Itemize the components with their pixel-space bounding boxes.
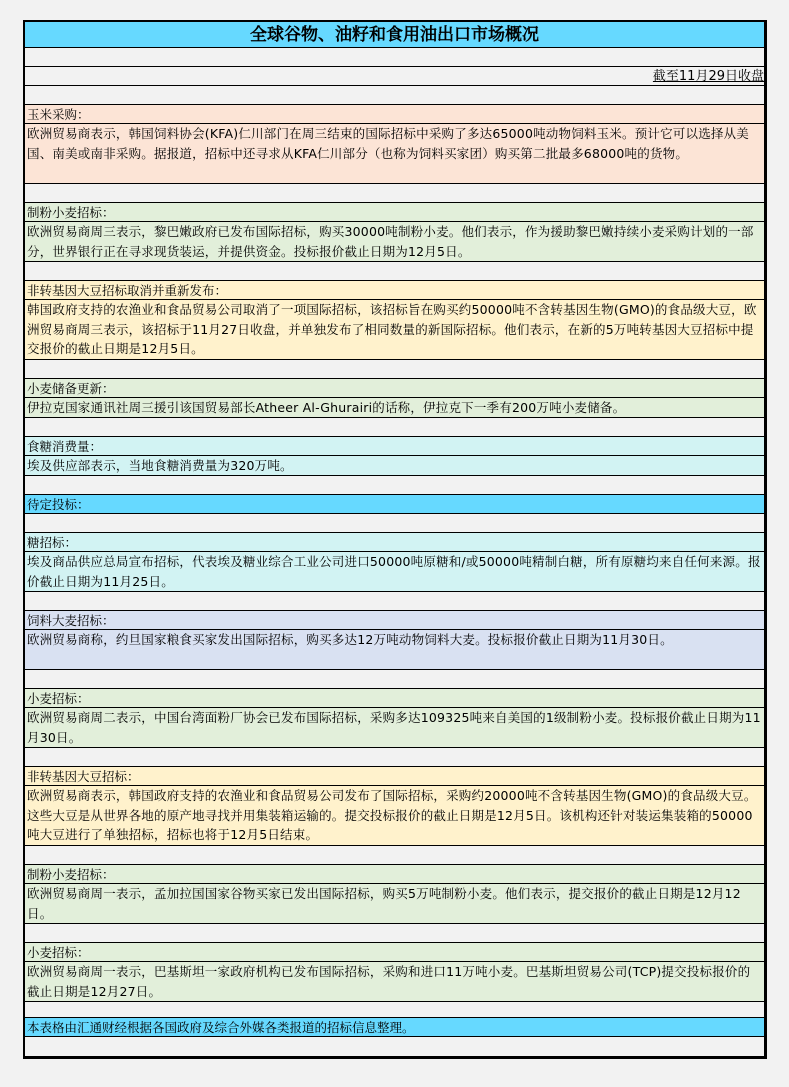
- section-body-feed-barley: 欧洲贸易商称，约旦国家粮食买家发出国际招标，购买多达12万吨动物饲料大麦。投标报…: [25, 630, 764, 670]
- section-body-nongmo-soy-tender: 欧洲贸易商表示，韩国政府支持的农渔业和食品贸易公司发布了国际招标，采购约2000…: [25, 786, 764, 846]
- blank-row: [25, 924, 764, 943]
- section-header-milling-wheat: 制粉小麦招标：: [25, 203, 764, 222]
- spreadsheet-table: 全球谷物、油籽和食用油出口市场概况 截至11月29日收盘 玉米采购： 欧洲贸易商…: [23, 20, 767, 1059]
- section-header-wheat-tender-taiwan: 小麦招标：: [25, 689, 764, 708]
- blank-row: [25, 262, 764, 281]
- section-body-milling-wheat: 欧洲贸易商周三表示，黎巴嫩政府已发布国际招标，购买30000吨制粉小麦。他们表示…: [25, 222, 764, 262]
- blank-row: [25, 748, 764, 767]
- pending-tenders-header: 待定投标：: [25, 495, 764, 514]
- blank-row: [25, 476, 764, 495]
- blank-row: [25, 360, 764, 379]
- date-note: 截至11月29日收盘: [25, 67, 764, 86]
- blank-row: [25, 418, 764, 437]
- blank-row: [25, 86, 764, 105]
- blank-row: [25, 1002, 764, 1018]
- blank-row: [25, 592, 764, 611]
- section-header-corn: 玉米采购：: [25, 105, 764, 124]
- section-header-wheat-tender-pakistan: 小麦招标：: [25, 943, 764, 962]
- blank-row: [25, 846, 764, 865]
- blank-row: [25, 670, 764, 689]
- section-body-wheat-tender-taiwan: 欧洲贸易商周二表示，中国台湾面粉厂协会已发布国际招标，采购多达109325吨来自…: [25, 708, 764, 748]
- section-header-wheat-reserve: 小麦储备更新：: [25, 379, 764, 398]
- section-header-sugar-tender: 糖招标：: [25, 533, 764, 552]
- section-body-sugar-tender: 埃及商品供应总局宣布招标，代表埃及糖业综合工业公司进口50000吨原糖和/或50…: [25, 552, 764, 592]
- section-body-nongmo-soy-reissue: 韩国政府支持的农渔业和食品贸易公司取消了一项国际招标，该招标旨在购买约50000…: [25, 300, 764, 360]
- section-body-wheat-reserve: 伊拉克国家通讯社周三援引该国贸易部长Atheer Al-Ghurairi的话称，…: [25, 398, 764, 418]
- section-body-sugar-consumption: 埃及供应部表示，当地食糖消费量为320万吨。: [25, 456, 764, 476]
- section-header-sugar-consumption: 食糖消费量：: [25, 437, 764, 456]
- page-title: 全球谷物、油籽和食用油出口市场概况: [25, 22, 764, 48]
- blank-row: [25, 514, 764, 533]
- blank-row: [25, 1037, 764, 1056]
- blank-row: [25, 48, 764, 67]
- blank-row: [25, 184, 764, 203]
- section-body-milling-wheat-bangladesh: 欧洲贸易商周一表示，孟加拉国国家谷物买家已发出国际招标，购买5万吨制粉小麦。他们…: [25, 884, 764, 924]
- section-body-wheat-tender-pakistan: 欧洲贸易商周一表示，巴基斯坦一家政府机构已发布国际招标，采购和进口11万吨小麦。…: [25, 962, 764, 1002]
- footer-note: 本表格由汇通财经根据各国政府及综合外媒各类报道的招标信息整理。: [25, 1018, 764, 1037]
- section-header-feed-barley: 饲料大麦招标：: [25, 611, 764, 630]
- section-header-milling-wheat-bangladesh: 制粉小麦招标：: [25, 865, 764, 884]
- section-header-nongmo-soy-reissue: 非转基因大豆招标取消并重新发布：: [25, 281, 764, 300]
- section-body-corn: 欧洲贸易商表示，韩国饲料协会(KFA)仁川部门在周三结束的国际招标中采购了多达6…: [25, 124, 764, 184]
- section-header-nongmo-soy-tender: 非转基因大豆招标：: [25, 767, 764, 786]
